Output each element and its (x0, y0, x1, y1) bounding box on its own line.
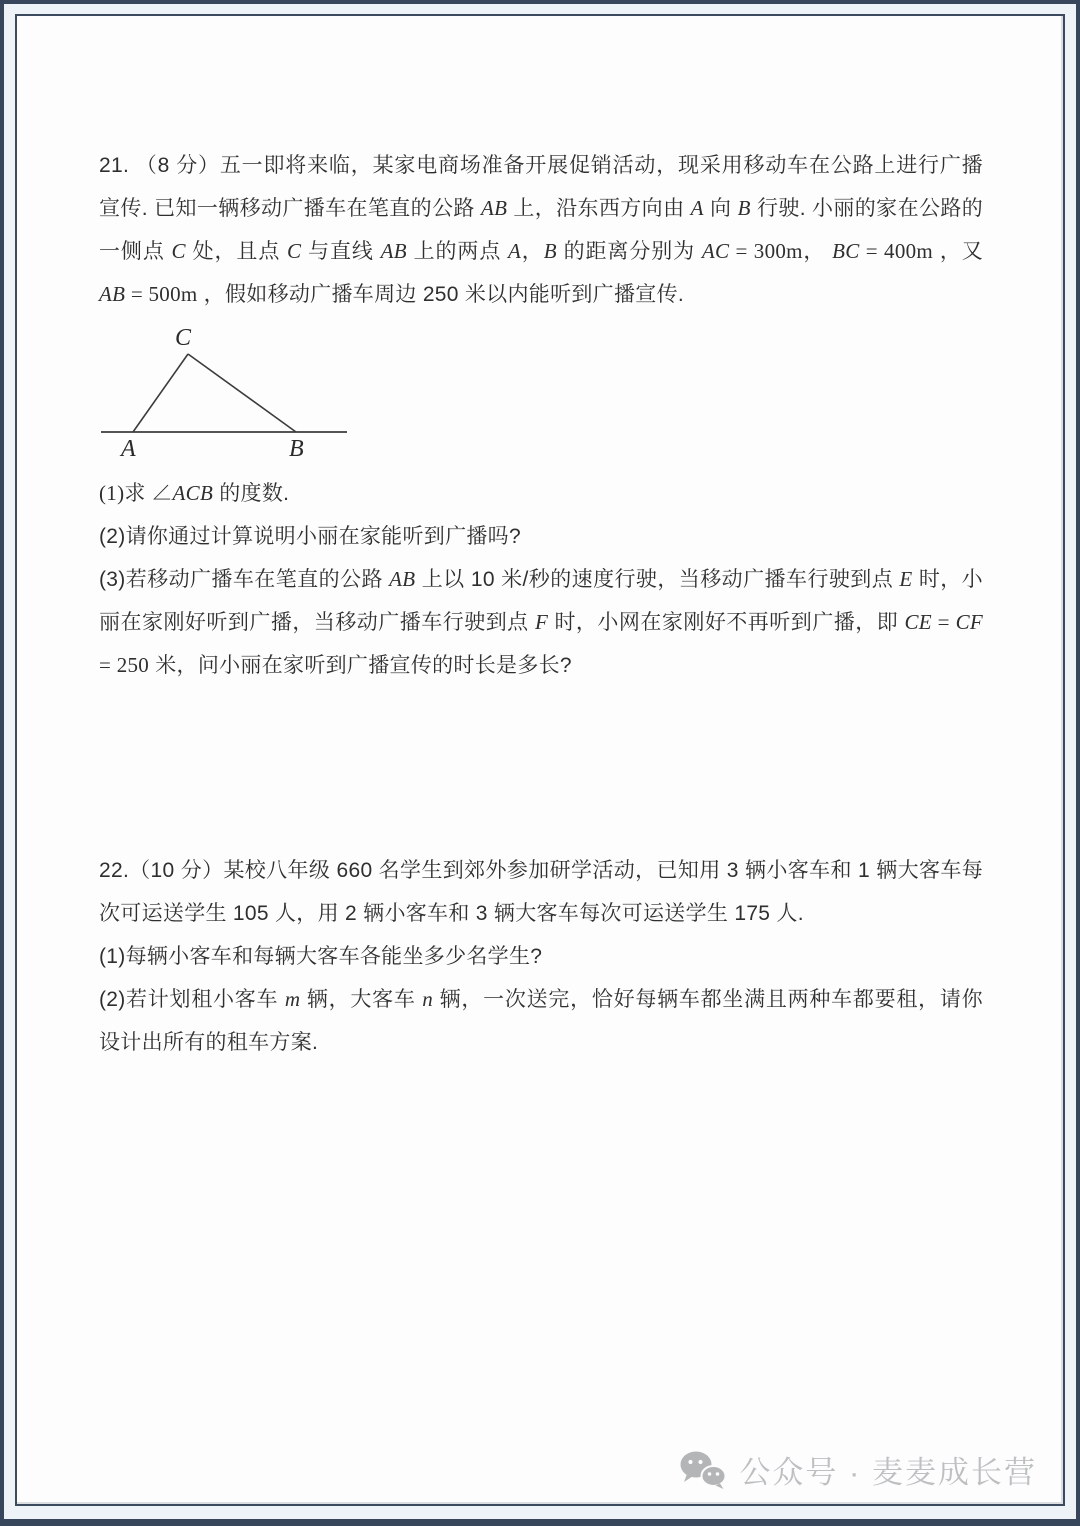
vertex-label-B: B (289, 436, 304, 462)
vertex-label-C: C (175, 325, 192, 351)
vertex-label-A: A (119, 436, 136, 462)
problem-21-question-2: (2)请你通过计算说明小丽在家能听到广播吗? (99, 515, 983, 558)
wechat-icon (679, 1450, 727, 1490)
problem-22-question-1: (1)每辆小客车和每辆大客车各能坐多少名学生? (99, 935, 983, 978)
problem-21-question-1: (1)求 ∠ACB 的度数. (99, 472, 983, 515)
problem-22-question-2: (2)若计划租小客车 m 辆，大客车 n 辆，一次送完，恰好每辆车都坐满且两种车… (99, 978, 983, 1064)
side-AC (133, 354, 188, 432)
problem-21: 21. （8 分）五一即将来临，某家电商场准备开展促销活动，现采用移动车在公路上… (99, 144, 983, 687)
watermark: 公众号 · 麦麦成长营 (679, 1447, 1037, 1492)
problem-21-stem: 21. （8 分）五一即将来临，某家电商场准备开展促销活动，现采用移动车在公路上… (99, 144, 983, 316)
problem-21-figure: C A B (99, 322, 983, 462)
exam-page: 21. （8 分）五一即将来临，某家电商场准备开展促销活动，现采用移动车在公路上… (15, 14, 1065, 1506)
side-CB (188, 354, 296, 432)
page-frame-gap: 21. （8 分）五一即将来临，某家电商场准备开展促销活动，现采用移动车在公路上… (4, 4, 1076, 1519)
watermark-text: 公众号 · 麦麦成长营 (739, 1447, 1037, 1492)
problem-22-stem: 22.（10 分）某校八年级 660 名学生到郊外参加研学活动，已知用 3 辆小… (99, 849, 983, 935)
problem-21-question-3: (3)若移动广播车在笔直的公路 AB 上以 10 米/秒的速度行驶，当移动广播车… (99, 558, 983, 687)
page-frame-outer: 21. （8 分）五一即将来临，某家电商场准备开展促销活动，现采用移动车在公路上… (0, 0, 1080, 1526)
triangle-diagram: C A B (99, 322, 439, 462)
problem-22: 22.（10 分）某校八年级 660 名学生到郊外参加研学活动，已知用 3 辆小… (99, 849, 983, 1064)
